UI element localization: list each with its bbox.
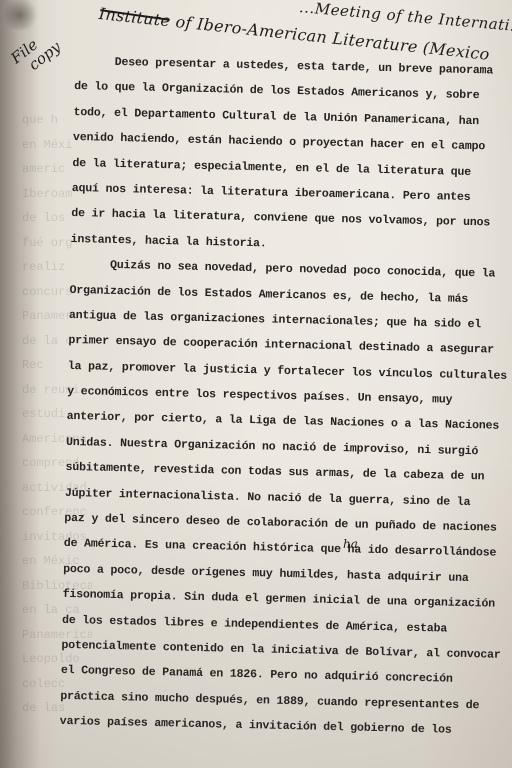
scanned-document-page: que hen MéxiamericIberoamde losfué orgre… xyxy=(0,0,512,768)
handwritten-margin-note: File copy xyxy=(8,26,64,79)
handwritten-insertion: ha xyxy=(343,537,358,551)
typed-body-text: Deseo presentar a ustedes, esta tarde, u… xyxy=(59,49,494,744)
ink-smudge xyxy=(0,0,40,30)
